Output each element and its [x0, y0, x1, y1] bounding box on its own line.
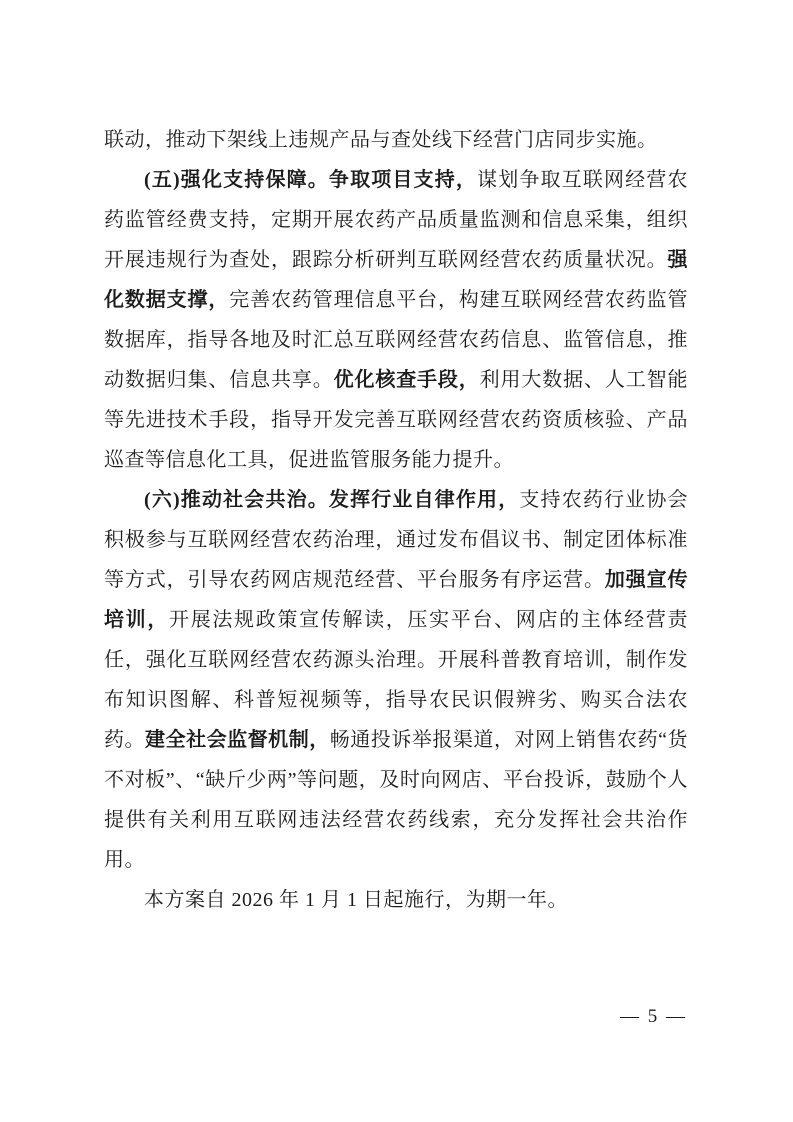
section-5-heading: (五)强化支持保障。争取项目支持， — [144, 169, 477, 191]
paragraph-section-5: (五)强化支持保障。争取项目支持，谋划争取互联网经营农药监管经费支持，定期开展农… — [104, 160, 688, 480]
paragraph-continuation: 联动，推动下架线上违规产品与查处线下经营门店同步实施。 — [104, 120, 688, 160]
page-number: — 5 — — [620, 1005, 687, 1029]
section-6-heading: (六)推动社会共治。发挥行业自律作用， — [144, 489, 519, 511]
text-run: 本方案自 2026 年 1 月 1 日起施行，为期一年。 — [144, 889, 568, 911]
emphasis-run: 优化核查手段， — [334, 369, 480, 391]
emphasis-run: 建全社会监督机制， — [145, 729, 330, 751]
text-run: 联动，推动下架线上违规产品与查处线下经营门店同步实施。 — [104, 129, 658, 151]
paragraph-closing: 本方案自 2026 年 1 月 1 日起施行，为期一年。 — [104, 880, 688, 920]
document-page: 联动，推动下架线上违规产品与查处线下经营门店同步实施。 (五)强化支持保障。争取… — [0, 0, 793, 1122]
paragraph-section-6: (六)推动社会共治。发挥行业自律作用，支持农药行业协会积极参与互联网经营农药治理… — [104, 480, 688, 880]
document-body: 联动，推动下架线上违规产品与查处线下经营门店同步实施。 (五)强化支持保障。争取… — [104, 120, 688, 920]
